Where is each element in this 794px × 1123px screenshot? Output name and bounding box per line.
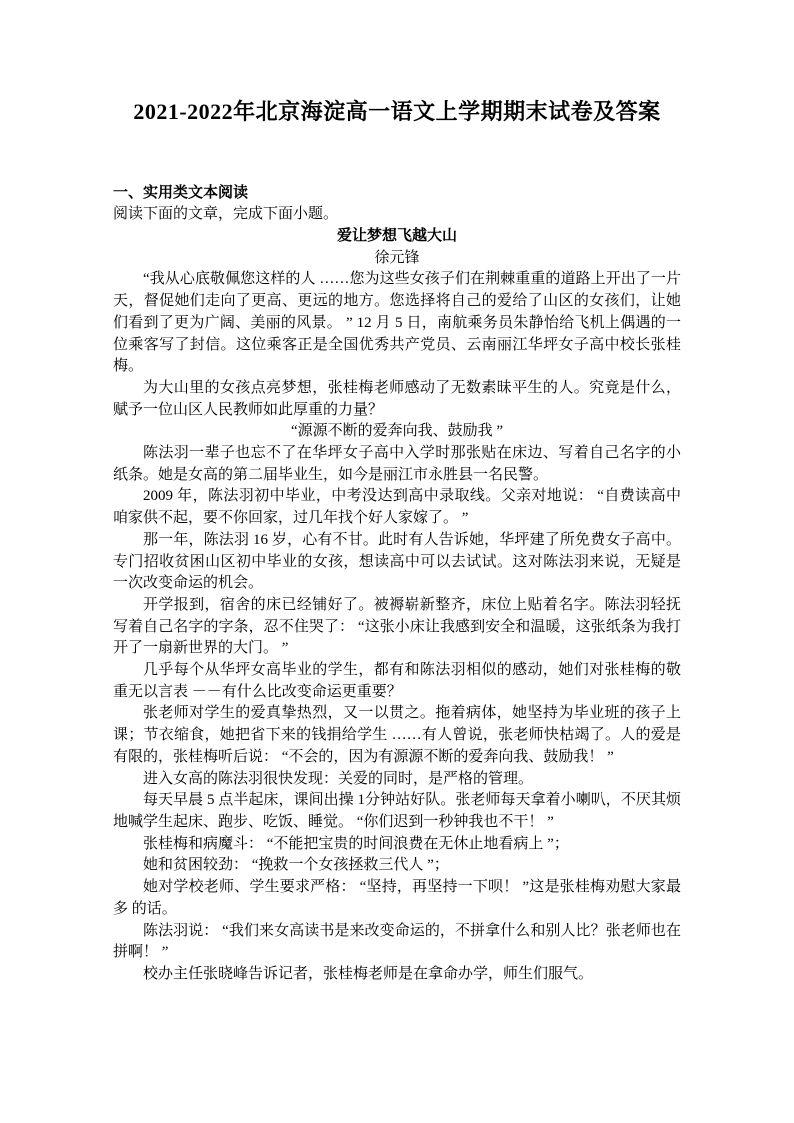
article-paragraph: 张老师对学生的爱真挚热烈，又一以贯之。拖着病体，她坚持为毕业班的孩子上课；节衣缩… <box>113 703 681 768</box>
exam-document-page: 2021-2022年北京海淀高一语文上学期期末试卷及答案 一、实用类文本阅读 阅… <box>0 0 794 1123</box>
article-paragraph: 陈法羽说： “我们来女高读书是来改变命运的，不拼拿什么和别人比？张老师也在拼啊！… <box>113 921 681 964</box>
article-body: “我从心底敬佩您这样的人 ……您为这些女孩子们在荆棘重重的道路上开出了一片天，督… <box>113 269 681 985</box>
article-paragraph: 开学报到，宿舍的床已经铺好了。被褥崭新整齐，床位上贴着名字。陈法羽轻抚写着自己名… <box>113 595 681 660</box>
article-author: 徐元锋 <box>113 248 681 270</box>
article-paragraph: “我从心底敬佩您这样的人 ……您为这些女孩子们在荆棘重重的道路上开出了一片天，督… <box>113 269 681 378</box>
article-paragraph: 校办主任张晓峰告诉记者，张桂梅老师是在拿命办学，师生们服气。 <box>113 964 681 986</box>
article-paragraph: 那一年，陈法羽 16 岁，心有不甘。此时有人告诉她，华坪建了所免费女子高中。专门… <box>113 530 681 595</box>
article-paragraph: 每天早晨 5 点半起床，课间出操 1分钟站好队。张老师每天拿着小喇叭，不厌其烦地… <box>113 790 681 833</box>
article-paragraph: 进入女高的陈法羽很快发现：关爱的同时，是严格的管理。 <box>113 769 681 791</box>
article-centered-quote: “源源不断的爱奔向我、鼓励我 ” <box>113 421 681 443</box>
article-paragraph: 2009 年，陈法羽初中毕业，中考没达到高中录取线。父亲对地说： “自费读高中咱… <box>113 486 681 529</box>
article-paragraph: 几乎每个从华坪女高毕业的学生，都有和陈法羽相似的感动，她们对张桂梅的敬重无以言表… <box>113 660 681 703</box>
article-paragraph: 她对学校老师、学生要求严格： “坚持，再坚持一下呗！ ”这是张桂梅劝慰大家最多 … <box>113 877 681 920</box>
document-title: 2021-2022年北京海淀高一语文上学期期末试卷及答案 <box>113 98 681 127</box>
article-paragraph: 张桂梅和病魔斗： “不能把宝贵的时间浪费在无休止地看病上 ”； <box>113 834 681 856</box>
section-instruction: 阅读下面的文章，完成下面小题。 <box>113 204 681 226</box>
article-paragraph: 为大山里的女孩点亮梦想，张桂梅老师感动了无数素昧平生的人。究竟是什么，赋予一位山… <box>113 378 681 421</box>
article-paragraph: 陈法羽一辈子也忘不了在华坪女子高中入学时那张贴在床边、写着自己名字的小纸条。她是… <box>113 443 681 486</box>
section-heading: 一、实用类文本阅读 <box>113 183 681 205</box>
article-paragraph: 她和贫困较劲： “挽救一个女孩拯救三代人 ”； <box>113 855 681 877</box>
article-title: 爱让梦想飞越大山 <box>113 226 681 248</box>
